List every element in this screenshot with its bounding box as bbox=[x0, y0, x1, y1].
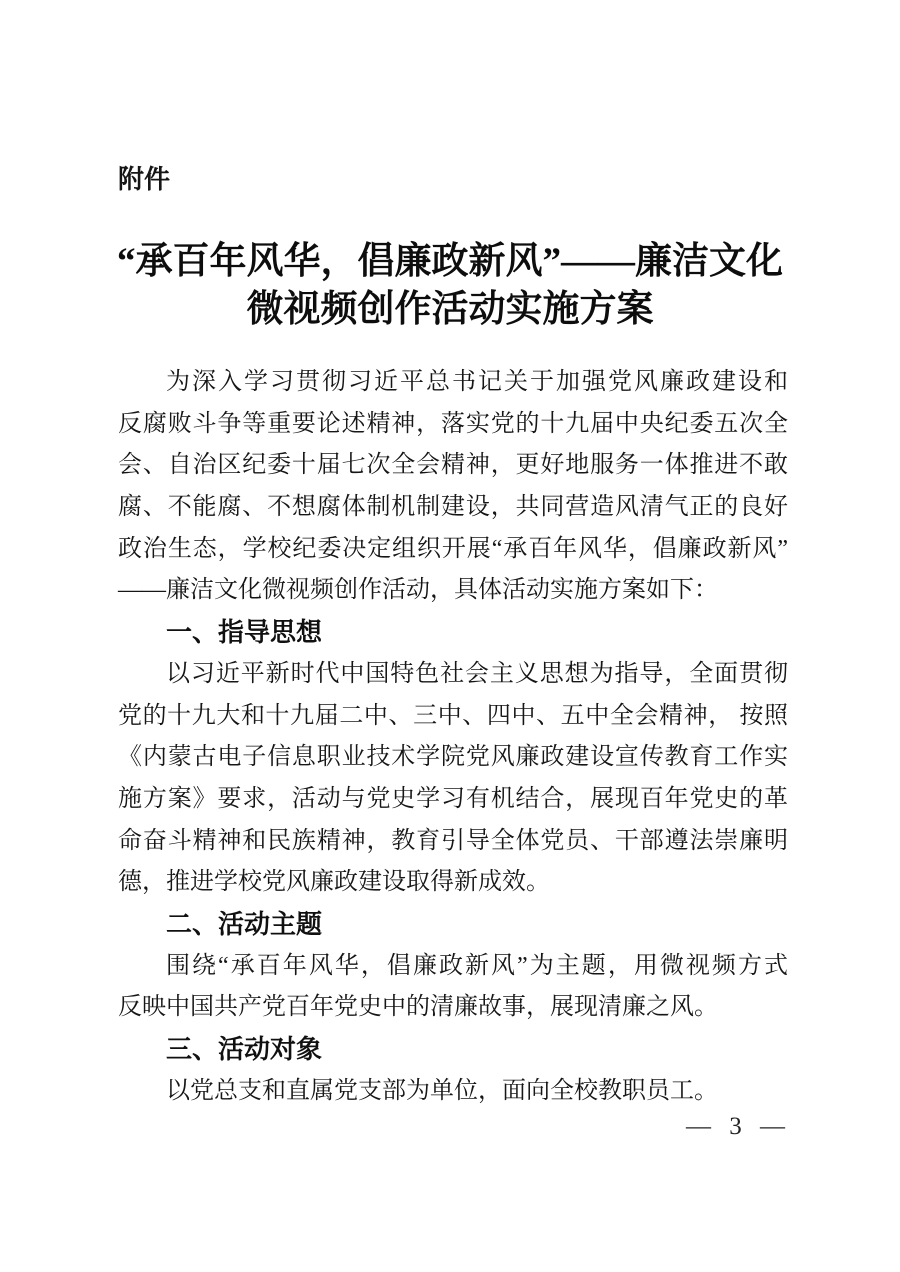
page-number: — 3 — bbox=[686, 1112, 789, 1142]
paragraph-line: 命奋斗精神和民族精神，教育引导全体党员、干部遵法崇廉明 bbox=[118, 821, 788, 863]
paragraph-line: 会、自治区纪委十届七次全会精神，更好地服务一体推进不敢 bbox=[118, 445, 788, 487]
paragraph-line: 德，推进学校党风廉政建设取得新成效。 bbox=[118, 862, 788, 904]
paragraph-line: 《内蒙古电子信息职业技术学院党风廉政建设宣传教育工作实 bbox=[118, 737, 788, 779]
paragraph-line: 施方案》要求，活动与党史学习有机结合，展现百年党史的革 bbox=[118, 779, 788, 821]
paragraph-line: 腐、不能腐、不想腐体制机制建设，共同营造风清气正的良好 bbox=[118, 487, 788, 529]
section-heading-3: 三、活动对象 bbox=[118, 1029, 788, 1071]
title-line-1: “承百年风华，倡廉政新风”——廉洁文化 bbox=[60, 238, 840, 286]
document-body: 为深入学习贯彻习近平总书记关于加强党风廉政建设和 反腐败斗争等重要论述精神，落实… bbox=[118, 362, 788, 1112]
attachment-label: 附件 bbox=[118, 164, 170, 194]
paragraph-line: ——廉洁文化微视频创作活动，具体活动实施方案如下： bbox=[118, 570, 788, 612]
section-heading-2: 二、活动主题 bbox=[118, 904, 788, 946]
paragraph-line: 党的十九大和十九届二中、三中、四中、五中全会精神， 按照 bbox=[118, 696, 788, 738]
paragraph-line: 反腐败斗争等重要论述精神，落实党的十九届中央纪委五次全 bbox=[118, 404, 788, 446]
document-page: 附件 “承百年风华，倡廉政新风”——廉洁文化 微视频创作活动实施方案 为深入学习… bbox=[0, 0, 900, 1272]
title-line-2: 微视频创作活动实施方案 bbox=[60, 286, 840, 334]
paragraph-line: 以习近平新时代中国特色社会主义思想为指导，全面贯彻 bbox=[118, 654, 788, 696]
document-title: “承百年风华，倡廉政新风”——廉洁文化 微视频创作活动实施方案 bbox=[60, 238, 840, 334]
paragraph-line: 以党总支和直属党支部为单位，面向全校教职员工。 bbox=[118, 1071, 788, 1113]
paragraph-line: 围绕“承百年风华，倡廉政新风”为主题，用微视频方式 bbox=[118, 946, 788, 988]
section-heading-1: 一、指导思想 bbox=[118, 612, 788, 654]
paragraph-line: 为深入学习贯彻习近平总书记关于加强党风廉政建设和 bbox=[118, 362, 788, 404]
paragraph-line: 政治生态，学校纪委决定组织开展“承百年风华，倡廉政新风” bbox=[118, 529, 788, 571]
paragraph-line: 反映中国共产党百年党史中的清廉故事，展现清廉之风。 bbox=[118, 987, 788, 1029]
